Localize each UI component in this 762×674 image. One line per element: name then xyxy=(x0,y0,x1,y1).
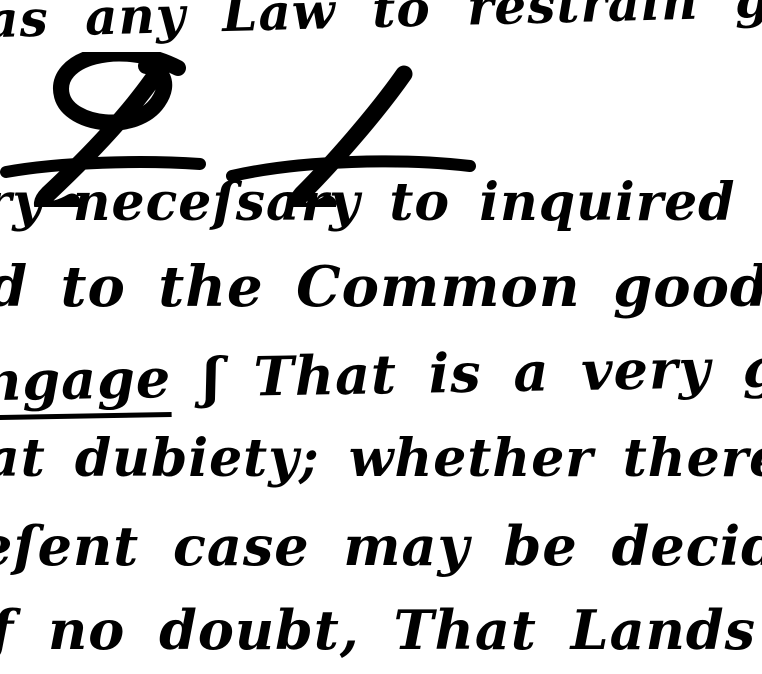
line-3-text: ry neceſsary to inquired in xyxy=(0,172,762,233)
line-7-text: eſent case may be decided xyxy=(0,514,762,578)
line-5-text: ʃ That is a very ge xyxy=(171,335,762,410)
manuscript-line-6: at dubiety; whether there w xyxy=(0,428,762,489)
line-6-text: at dubiety; whether there w xyxy=(0,428,762,489)
line-1-text: as any Law to restrain g xyxy=(0,0,762,49)
manuscript-line-5: ngage ʃ That is a very ge xyxy=(0,335,762,421)
manuscript-line-3: ry neceſsary to inquired in xyxy=(0,172,762,233)
manuscript-line-7: eſent case may be decided xyxy=(0,514,762,578)
manuscript-line-8: f no doubt, That Lands bo xyxy=(0,598,762,662)
line-5-underlined-word: ngage xyxy=(0,346,172,420)
line-4-text: d to the Common good, or xyxy=(0,254,762,320)
manuscript-line-1: as any Law to restrain g xyxy=(0,0,762,49)
line-8-text: f no doubt, That Lands bo xyxy=(0,598,762,662)
manuscript-page: as any Law to restrain g ry neceſsary to… xyxy=(0,0,762,674)
manuscript-line-4: d to the Common good, or xyxy=(0,254,762,320)
